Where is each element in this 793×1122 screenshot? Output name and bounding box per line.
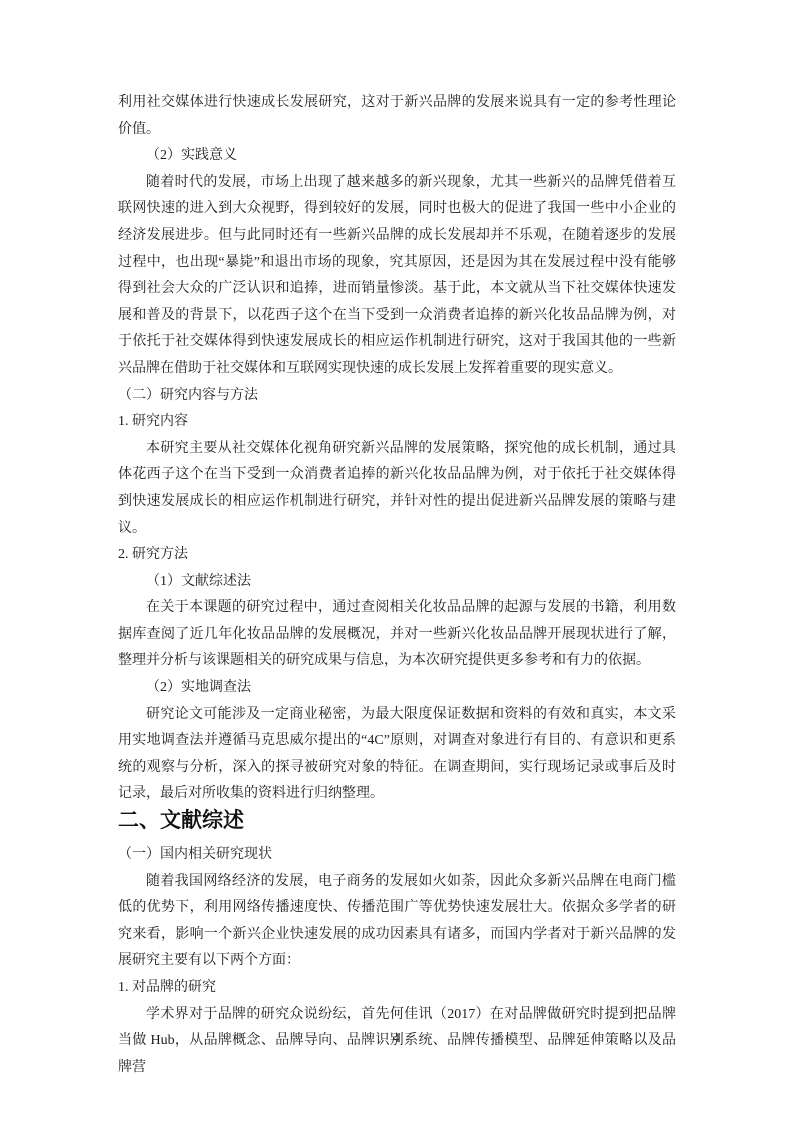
body-paragraph: 在关于本课题的研究过程中，通过查阅相关化妆品品牌的起源与发展的书籍，利用数据库查…: [118, 595, 676, 675]
numbered-heading: （2）实地调查法: [118, 675, 676, 702]
numbered-heading: 1. 研究内容: [118, 409, 676, 436]
numbered-heading: （1）文献综述法: [118, 569, 676, 596]
body-paragraph: 研究论文可能涉及一定商业秘密，为最大限度保证数据和资料的有效和真实，本文采用实地…: [118, 702, 676, 808]
subsection-heading: （二）研究内容与方法: [118, 383, 676, 410]
body-paragraph: 本研究主要从社交媒体化视角研究新兴品牌的发展策略，探究他的成长机制，通过具体花西…: [118, 436, 676, 542]
body-paragraph: 随着我国网络经济的发展，电子商务的发展如火如荼，因此众多新兴品牌在电商门槛低的优…: [118, 869, 676, 975]
body-paragraph: 利用社交媒体进行快速成长发展研究，这对于新兴品牌的发展来说具有一定的参考性理论价…: [118, 90, 676, 143]
page-number: 4: [0, 1030, 793, 1046]
document-page: 利用社交媒体进行快速成长发展研究，这对于新兴品牌的发展来说具有一定的参考性理论价…: [0, 0, 793, 1122]
numbered-heading: 1. 对品牌的研究: [118, 975, 676, 1002]
numbered-heading: （2）实践意义: [118, 143, 676, 170]
page-content: 利用社交媒体进行快速成长发展研究，这对于新兴品牌的发展来说具有一定的参考性理论价…: [118, 90, 676, 1081]
numbered-heading: 2. 研究方法: [118, 542, 676, 569]
body-paragraph: 随着时代的发展，市场上出现了越来越多的新兴现象，尤其一些新兴的品牌凭借着互联网快…: [118, 170, 676, 383]
section-heading: 二、文献综述: [118, 806, 676, 836]
subsection-heading: （一）国内相关研究现状: [118, 842, 676, 869]
